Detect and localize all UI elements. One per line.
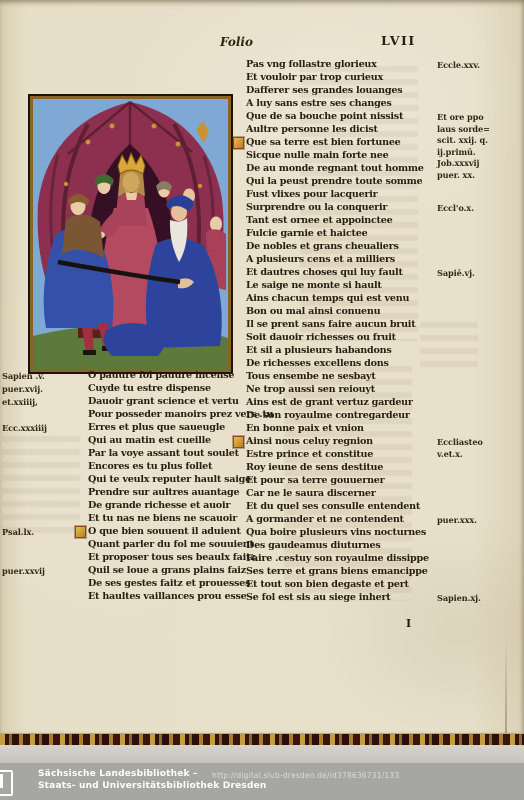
margin-citation: et.xxiiij, [2, 397, 38, 409]
verse-line: Qui te veulx reputer hault saige [88, 474, 251, 486]
verse-line: Quil se loue a grans plains faiz [88, 565, 246, 577]
margin-citation: Ecc.xxxiiij [2, 423, 47, 435]
verse-line: Et sil a plusieurs habandons [246, 345, 392, 357]
screen: Folio LVII [0, 0, 524, 800]
illuminated-initial [233, 436, 244, 448]
margin-citation: Sapiē.vj. [437, 268, 475, 280]
margin-citation: puer.xxvij [2, 566, 45, 578]
verse-line: Dauoir grant science et vertu [88, 396, 239, 408]
verse-line: Erres et plus que saueugle [88, 422, 225, 434]
margin-citation: Eccle.xxv. [437, 60, 480, 72]
verse-line: De ses gestes faitz et prouesses [88, 578, 250, 590]
manuscript-page: Folio LVII [0, 0, 524, 733]
verse-line: O que bien souuent il aduient [88, 526, 241, 538]
verse-line: Encores es tu plus follet [88, 461, 212, 473]
margin-citation: puer.xvij. [2, 384, 43, 396]
verse-line: Qui au matin est cueille [88, 435, 211, 447]
margin-citation: Sapien.xj. [437, 593, 481, 605]
margin-citation: Eccliasteov.et.x. [437, 437, 483, 460]
verse-line: Quant parler du fol me souuient [88, 539, 254, 551]
verse-line: Prendre sur aultres auantage [88, 487, 239, 499]
verse-line: Cuyde tu estre dispense [88, 383, 211, 395]
show-through-texture [2, 436, 80, 536]
verse-line: Par la voye assant tout soulet [88, 448, 239, 460]
margin-citation: Et ore ppolaus sorde=scit. xxij. q.ij.pr… [437, 112, 490, 182]
folio-number: LVII [381, 34, 416, 48]
show-through-texture [420, 322, 478, 374]
library-name-line2: Staats- und Universitätsbibliothek Dresd… [38, 780, 267, 792]
miniature-art [28, 94, 233, 374]
table-surface [0, 745, 524, 763]
verse-line: Et haultes vaillances prou esse [88, 591, 247, 603]
illuminated-initial [233, 137, 244, 149]
verse-line: De grande richesse et auoir [88, 500, 230, 512]
show-through-texture [284, 366, 412, 601]
source-url: http://digital.slub-dresden.de/id3786367… [212, 771, 399, 781]
margin-citation: puer.xxx. [437, 515, 477, 527]
slub-logo-icon [0, 770, 13, 796]
show-through-texture [300, 66, 418, 341]
signature-mark: I [406, 618, 411, 630]
verse-line: Et tu nas ne biens ne scauoir [88, 513, 237, 525]
margin-citation: Eccl'o.x. [437, 203, 474, 215]
viewer-footer: Sächsische Landesbibliothek – Staats- un… [0, 763, 524, 800]
folio-label: Folio [220, 35, 253, 49]
verse-line: Pour posseder manoirs prez vers .tu [88, 409, 273, 421]
miniature-illustration [28, 94, 233, 374]
verse-line: Et proposer tous ses beaulx faitz [88, 552, 255, 564]
page-crease [505, 640, 507, 735]
